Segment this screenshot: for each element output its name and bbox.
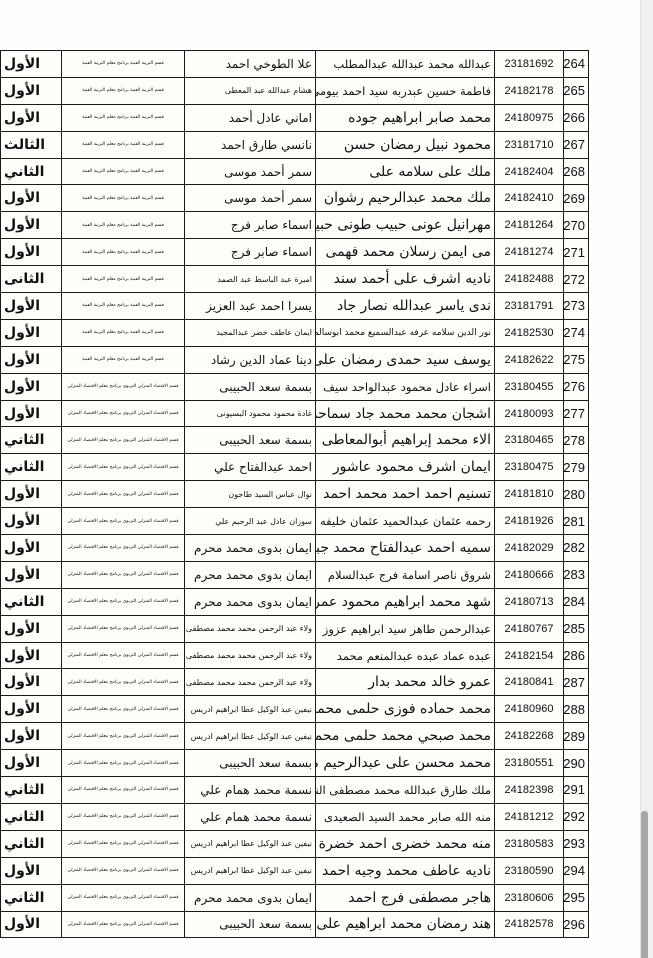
student-name-cell: ملك محمد عبدالرحيم رشوان — [316, 185, 495, 212]
term-cell: الثاني — [1, 588, 62, 615]
row-number-cell: 292 — [564, 803, 589, 830]
student-name-cell: منه الله صابر محمد السيد الصعيدى — [316, 803, 495, 830]
table-row: 280 24181810 تسنيم احمد احمد محمد احمد ن… — [1, 481, 589, 508]
table-row: 287 24180841 عمرو خالد محمد بدار ولاء عب… — [1, 669, 589, 696]
department-cell: قسم الاقتصاد المنزلي التربوي برنامج معلم… — [62, 669, 185, 696]
row-number-cell: 264 — [564, 51, 589, 78]
table-row: 289 24182268 محمد صبحي محمد حلمى محمود ن… — [1, 723, 589, 750]
department-cell: قسم الاقتصاد المنزلي التربوي برنامج معلم… — [62, 803, 185, 830]
department-cell: قسم التربية الفنية برنامج معلم التربية ا… — [62, 239, 185, 266]
student-id-cell: 24182404 — [495, 158, 564, 185]
student-name-cell: محمد محسن على عبدالرحيم محمد — [316, 750, 495, 777]
term-cell: الثاني — [1, 884, 62, 911]
department-cell: قسم الاقتصاد المنزلي التربوي برنامج معلم… — [62, 427, 185, 454]
table-row: 266 24180975 محمد صابر ابراهيم جوده امان… — [1, 104, 589, 131]
student-id-cell: 24182154 — [495, 642, 564, 669]
table-row: 275 24182622 يوسف سيد حمدى رمضان على دين… — [1, 346, 589, 373]
student-id-cell: 23181710 — [495, 131, 564, 158]
student-id-cell: 24182530 — [495, 319, 564, 346]
department-cell: قسم الاقتصاد المنزلي التربوي برنامج معلم… — [62, 750, 185, 777]
student-name-cell: شهد محمد ابراهيم محمود عمران — [316, 588, 495, 615]
department-cell: قسم التربية الفنية برنامج معلم التربية ا… — [62, 319, 185, 346]
student-id-cell: 23180475 — [495, 454, 564, 481]
department-cell: قسم الاقتصاد المنزلي التربوي برنامج معلم… — [62, 508, 185, 535]
term-cell: الأول — [1, 400, 62, 427]
supervisor-cell: ايمان بدوى محمد محرم — [185, 588, 316, 615]
table-row: 265 24182178 فاطمة حسين عبدربه سيد احمد … — [1, 77, 589, 104]
student-name-cell: ايمان اشرف محمود عاشور — [316, 454, 495, 481]
table-row: 283 24180666 شروق ناصر اسامة فرج عبدالسل… — [1, 561, 589, 588]
table-row: 282 24182029 سميه احمد عبدالفتاح محمد جب… — [1, 535, 589, 562]
student-id-cell: 24180841 — [495, 669, 564, 696]
document-page: 264 23181692 عبدالله محمد عبدالله عبدالم… — [0, 0, 640, 958]
student-name-cell: نور الدين سلامه عرفه عبدالسميع محمد ابوس… — [316, 319, 495, 346]
department-cell: قسم التربية الفنية برنامج معلم التربية ا… — [62, 266, 185, 293]
row-number-cell: 270 — [564, 212, 589, 239]
student-id-cell: 24180960 — [495, 696, 564, 723]
supervisor-cell: ولاء عبد الرحمن محمد محمد مصطفى — [185, 642, 316, 669]
row-number-cell: 272 — [564, 266, 589, 293]
vertical-scrollbar-thumb[interactable] — [641, 811, 648, 958]
term-cell: الثاني — [1, 803, 62, 830]
row-number-cell: 280 — [564, 481, 589, 508]
table-row: 273 23181791 ندى ياسر عبدالله نصار جاد ي… — [1, 293, 589, 320]
roster-body: 264 23181692 عبدالله محمد عبدالله عبدالم… — [1, 51, 589, 938]
term-cell: الأول — [1, 535, 62, 562]
row-number-cell: 267 — [564, 131, 589, 158]
supervisor-cell: اميرة عبد الباسط عبد الصمد — [185, 266, 316, 293]
row-number-cell: 295 — [564, 884, 589, 911]
row-number-cell: 276 — [564, 373, 589, 400]
supervisor-cell: بسمة سعد الحبيبى — [185, 427, 316, 454]
term-cell: الأول — [1, 319, 62, 346]
supervisor-cell: سوزان عادل عبد الرحيم علي — [185, 508, 316, 535]
term-cell: الأول — [1, 508, 62, 535]
student-roster-table: 264 23181692 عبدالله محمد عبدالله عبدالم… — [0, 50, 589, 938]
supervisor-cell: بسمة سعد الحبيبى — [185, 911, 316, 938]
supervisor-cell: ولاء عبد الرحمن محمد محمد مصطفى — [185, 615, 316, 642]
term-cell: الأول — [1, 857, 62, 884]
student-name-cell: عمرو خالد محمد بدار — [316, 669, 495, 696]
term-cell: الأول — [1, 77, 62, 104]
student-id-cell: 23180465 — [495, 427, 564, 454]
student-id-cell: 24180767 — [495, 615, 564, 642]
department-cell: قسم الاقتصاد المنزلي التربوي برنامج معلم… — [62, 481, 185, 508]
supervisor-cell: غادة محمود محمود البسيونى — [185, 400, 316, 427]
row-number-cell: 278 — [564, 427, 589, 454]
row-number-cell: 275 — [564, 346, 589, 373]
supervisor-cell: نيفين عبد الوكيل عطا ابراهيم ادريس — [185, 723, 316, 750]
row-number-cell: 289 — [564, 723, 589, 750]
supervisor-cell: هشام عبدالله عبد المعطى — [185, 77, 316, 104]
table-row: 264 23181692 عبدالله محمد عبدالله عبدالم… — [1, 51, 589, 78]
student-id-cell: 24182410 — [495, 185, 564, 212]
department-cell: قسم الاقتصاد المنزلي التربوي برنامج معلم… — [62, 696, 185, 723]
student-id-cell: 23180583 — [495, 830, 564, 857]
row-number-cell: 281 — [564, 508, 589, 535]
row-number-cell: 283 — [564, 561, 589, 588]
student-name-cell: مهرانيل عونى حبيب طونى حبيب — [316, 212, 495, 239]
row-number-cell: 271 — [564, 239, 589, 266]
student-name-cell: محمد صابر ابراهيم جوده — [316, 104, 495, 131]
row-number-cell: 286 — [564, 642, 589, 669]
department-cell: قسم التربية الفنية برنامج معلم التربية ا… — [62, 158, 185, 185]
term-cell: الأول — [1, 481, 62, 508]
table-row: 271 24181274 مى ايمن رسلان محمد فهمى اسم… — [1, 239, 589, 266]
supervisor-cell: نسمة محمد همام علي — [185, 777, 316, 804]
supervisor-cell: نيفين عبد الوكيل عطا ابراهيم ادريس — [185, 857, 316, 884]
department-cell: قسم الاقتصاد المنزلي التربوي برنامج معلم… — [62, 642, 185, 669]
supervisor-cell: بسمة سعد الحبيبى — [185, 373, 316, 400]
term-cell: الأول — [1, 373, 62, 400]
term-cell: الثاني — [1, 158, 62, 185]
supervisor-cell: اسماء صابر فرج — [185, 239, 316, 266]
term-cell: الثاني — [1, 830, 62, 857]
student-name-cell: ملك على سلامه على — [316, 158, 495, 185]
table-row: 294 23180590 ناديه عاطف محمد وجيه احمد ن… — [1, 857, 589, 884]
department-cell: قسم الاقتصاد المنزلي التربوي برنامج معلم… — [62, 830, 185, 857]
student-id-cell: 23180590 — [495, 857, 564, 884]
department-cell: قسم الاقتصاد المنزلي التربوي برنامج معلم… — [62, 777, 185, 804]
supervisor-cell: ايمان بدوى محمد محرم — [185, 561, 316, 588]
row-number-cell: 279 — [564, 454, 589, 481]
department-cell: قسم التربية الفنية برنامج معلم التربية ا… — [62, 131, 185, 158]
department-cell: قسم التربية الفنية برنامج معلم التربية ا… — [62, 77, 185, 104]
student-id-cell: 24182622 — [495, 346, 564, 373]
supervisor-cell: نيفين عبد الوكيل عطا ابراهيم ادريس — [185, 696, 316, 723]
student-name-cell: مى ايمن رسلان محمد فهمى — [316, 239, 495, 266]
student-name-cell: محمود نبيل رمضان حسن — [316, 131, 495, 158]
table-row: 272 24182488 ناديه اشرف على أحمد سند امي… — [1, 266, 589, 293]
department-cell: قسم الاقتصاد المنزلي التربوي برنامج معلم… — [62, 588, 185, 615]
student-name-cell: محمد صبحي محمد حلمى محمود — [316, 723, 495, 750]
supervisor-cell: نسمة محمد همام علي — [185, 803, 316, 830]
student-name-cell: اسراء عادل محمود عبدالواحد سيف — [316, 373, 495, 400]
student-id-cell: 24180713 — [495, 588, 564, 615]
table-row: 274 24182530 نور الدين سلامه عرفه عبدالس… — [1, 319, 589, 346]
supervisor-cell: نانسي طارق احمد — [185, 131, 316, 158]
table-row: 270 24181264 مهرانيل عونى حبيب طونى حبيب… — [1, 212, 589, 239]
supervisor-cell: بسمة سعد الحبيبى — [185, 750, 316, 777]
department-cell: قسم التربية الفنية برنامج معلم التربية ا… — [62, 212, 185, 239]
student-name-cell: ناديه عاطف محمد وجيه احمد — [316, 857, 495, 884]
student-name-cell: شروق ناصر اسامة فرج عبدالسلام — [316, 561, 495, 588]
table-row: 290 23180551 محمد محسن على عبدالرحيم محم… — [1, 750, 589, 777]
student-name-cell: ندى ياسر عبدالله نصار جاد — [316, 293, 495, 320]
row-number-cell: 273 — [564, 293, 589, 320]
term-cell: الأول — [1, 51, 62, 78]
department-cell: قسم الاقتصاد المنزلي التربوي برنامج معلم… — [62, 400, 185, 427]
row-number-cell: 293 — [564, 830, 589, 857]
student-id-cell: 24180666 — [495, 561, 564, 588]
student-name-cell: محمد حماده فوزى حلمى محمد — [316, 696, 495, 723]
term-cell: الثاني — [1, 427, 62, 454]
student-id-cell: 24182029 — [495, 535, 564, 562]
row-number-cell: 269 — [564, 185, 589, 212]
row-number-cell: 268 — [564, 158, 589, 185]
table-row: 268 24182404 ملك على سلامه على سمر أحمد … — [1, 158, 589, 185]
row-number-cell: 294 — [564, 857, 589, 884]
department-cell: قسم الاقتصاد المنزلي التربوي برنامج معلم… — [62, 615, 185, 642]
supervisor-cell: ايمان بدوى محمد محرم — [185, 535, 316, 562]
student-name-cell: ملك طارق عبدالله محمد مصطفى النجار — [316, 777, 495, 804]
student-name-cell: اشجان محمد محمد جاد سماحه — [316, 400, 495, 427]
term-cell: الأول — [1, 104, 62, 131]
term-cell: الأول — [1, 212, 62, 239]
student-id-cell: 24182268 — [495, 723, 564, 750]
row-number-cell: 282 — [564, 535, 589, 562]
term-cell: الأول — [1, 346, 62, 373]
department-cell: قسم الاقتصاد المنزلي التربوي برنامج معلم… — [62, 857, 185, 884]
supervisor-cell: احمد عبدالفتاح علي — [185, 454, 316, 481]
table-row: 276 23180455 اسراء عادل محمود عبدالواحد … — [1, 373, 589, 400]
student-id-cell: 24182398 — [495, 777, 564, 804]
department-cell: قسم التربية الفنية برنامج معلم التربية ا… — [62, 51, 185, 78]
table-row: 277 24180093 اشجان محمد محمد جاد سماحه غ… — [1, 400, 589, 427]
table-row: 279 23180475 ايمان اشرف محمود عاشور احمد… — [1, 454, 589, 481]
supervisor-cell: ايمان بدوى محمد محرم — [185, 884, 316, 911]
student-name-cell: عبدالرحمن طاهر سيد ابراهيم عزوز — [316, 615, 495, 642]
table-row: 295 23180606 هاجر مصطفى فرج احمد ايمان ب… — [1, 884, 589, 911]
student-name-cell: الاء محمد إبراهيم أبوالمعاطى — [316, 427, 495, 454]
table-row: 269 24182410 ملك محمد عبدالرحيم رشوان سم… — [1, 185, 589, 212]
student-id-cell: 24182178 — [495, 77, 564, 104]
student-id-cell: 24181264 — [495, 212, 564, 239]
student-name-cell: فاطمة حسين عبدربه سيد احمد بيومى — [316, 77, 495, 104]
department-cell: قسم الاقتصاد المنزلي التربوي برنامج معلم… — [62, 561, 185, 588]
department-cell: قسم التربية الفنية برنامج معلم التربية ا… — [62, 346, 185, 373]
term-cell: الأول — [1, 750, 62, 777]
term-cell: الأول — [1, 642, 62, 669]
row-number-cell: 291 — [564, 777, 589, 804]
student-id-cell: 24181274 — [495, 239, 564, 266]
department-cell: قسم التربية الفنية برنامج معلم التربية ا… — [62, 185, 185, 212]
supervisor-cell: نيفين عبد الوكيل عطا ابراهيم ادريس — [185, 830, 316, 857]
student-name-cell: سميه احمد عبدالفتاح محمد جبل — [316, 535, 495, 562]
row-number-cell: 265 — [564, 77, 589, 104]
term-cell: الأول — [1, 239, 62, 266]
supervisor-cell: ايمان عاطف خضر عبدالمجيد — [185, 319, 316, 346]
student-name-cell: عبدالله محمد عبدالله عبدالمطلب — [316, 51, 495, 78]
student-id-cell: 23181791 — [495, 293, 564, 320]
department-cell: قسم التربية الفنية برنامج معلم التربية ا… — [62, 104, 185, 131]
department-cell: قسم الاقتصاد المنزلي التربوي برنامج معلم… — [62, 454, 185, 481]
supervisor-cell: ولاء عبد الرحمن محمد محمد مصطفى — [185, 669, 316, 696]
term-cell: الأول — [1, 293, 62, 320]
term-cell: الأول — [1, 723, 62, 750]
student-id-cell: 24182578 — [495, 911, 564, 938]
table-row: 288 24180960 محمد حماده فوزى حلمى محمد ن… — [1, 696, 589, 723]
student-name-cell: تسنيم احمد احمد محمد احمد — [316, 481, 495, 508]
student-name-cell: يوسف سيد حمدى رمضان على — [316, 346, 495, 373]
table-row: 267 23181710 محمود نبيل رمضان حسن نانسي … — [1, 131, 589, 158]
department-cell: قسم الاقتصاد المنزلي التربوي برنامج معلم… — [62, 723, 185, 750]
supervisor-cell: نوال عباس السيد طاحون — [185, 481, 316, 508]
student-name-cell: هاجر مصطفى فرج احمد — [316, 884, 495, 911]
table-row: 292 24181212 منه الله صابر محمد السيد ال… — [1, 803, 589, 830]
student-name-cell: ناديه اشرف على أحمد سند — [316, 266, 495, 293]
student-id-cell: 24181926 — [495, 508, 564, 535]
term-cell: الثالث — [1, 131, 62, 158]
student-id-cell: 23180606 — [495, 884, 564, 911]
student-id-cell: 23180551 — [495, 750, 564, 777]
row-number-cell: 285 — [564, 615, 589, 642]
table-row: 285 24180767 عبدالرحمن طاهر سيد ابراهيم … — [1, 615, 589, 642]
term-cell: الأول — [1, 615, 62, 642]
supervisor-cell: اماني عادل أحمد — [185, 104, 316, 131]
row-number-cell: 290 — [564, 750, 589, 777]
student-name-cell: منه محمد خضرى احمد خضرة — [316, 830, 495, 857]
term-cell: الأول — [1, 185, 62, 212]
supervisor-cell: اسماء صابر فرج — [185, 212, 316, 239]
supervisor-cell: يسرا احمد عبد العزيز — [185, 293, 316, 320]
term-cell: الأول — [1, 696, 62, 723]
student-id-cell: 24180975 — [495, 104, 564, 131]
table-row: 278 23180465 الاء محمد إبراهيم أبوالمعاط… — [1, 427, 589, 454]
row-number-cell: 277 — [564, 400, 589, 427]
term-cell: الأول — [1, 669, 62, 696]
student-id-cell: 23181692 — [495, 51, 564, 78]
department-cell: قسم الاقتصاد المنزلي التربوي برنامج معلم… — [62, 911, 185, 938]
supervisor-cell: سمر أحمد موسى — [185, 185, 316, 212]
department-cell: قسم الاقتصاد المنزلي التربوي برنامج معلم… — [62, 535, 185, 562]
table-row: 281 24181926 رحمه عثمان عبدالحميد عثمان … — [1, 508, 589, 535]
table-row: 291 24182398 ملك طارق عبدالله محمد مصطفى… — [1, 777, 589, 804]
term-cell: الثاني — [1, 777, 62, 804]
table-row: 293 23180583 منه محمد خضرى احمد خضرة نيف… — [1, 830, 589, 857]
student-name-cell: عبده عماد عبده عبدالمنعم محمد — [316, 642, 495, 669]
department-cell: قسم الاقتصاد المنزلي التربوي برنامج معلم… — [62, 373, 185, 400]
student-name-cell: هند رمضان محمد ابراهيم على — [316, 911, 495, 938]
supervisor-cell: سمر أحمد موسى — [185, 158, 316, 185]
row-number-cell: 284 — [564, 588, 589, 615]
student-name-cell: رحمه عثمان عبدالحميد عثمان خليفه — [316, 508, 495, 535]
department-cell: قسم التربية الفنية برنامج معلم التربية ا… — [62, 293, 185, 320]
student-id-cell: 24180093 — [495, 400, 564, 427]
supervisor-cell: دينا عماد الدين رشاد — [185, 346, 316, 373]
department-cell: قسم الاقتصاد المنزلي التربوي برنامج معلم… — [62, 884, 185, 911]
student-id-cell: 23180455 — [495, 373, 564, 400]
term-cell: الأول — [1, 911, 62, 938]
term-cell: الثاني — [1, 454, 62, 481]
student-id-cell: 24181212 — [495, 803, 564, 830]
term-cell: الأول — [1, 561, 62, 588]
table-row: 286 24182154 عبده عماد عبده عبدالمنعم مح… — [1, 642, 589, 669]
table-row: 296 24182578 هند رمضان محمد ابراهيم على … — [1, 911, 589, 938]
row-number-cell: 296 — [564, 911, 589, 938]
row-number-cell: 288 — [564, 696, 589, 723]
student-id-cell: 24181810 — [495, 481, 564, 508]
row-number-cell: 266 — [564, 104, 589, 131]
term-cell: الثانى — [1, 266, 62, 293]
table-row: 284 24180713 شهد محمد ابراهيم محمود عمرا… — [1, 588, 589, 615]
supervisor-cell: علا الطوخي احمد — [185, 51, 316, 78]
student-id-cell: 24182488 — [495, 266, 564, 293]
row-number-cell: 287 — [564, 669, 589, 696]
row-number-cell: 274 — [564, 319, 589, 346]
